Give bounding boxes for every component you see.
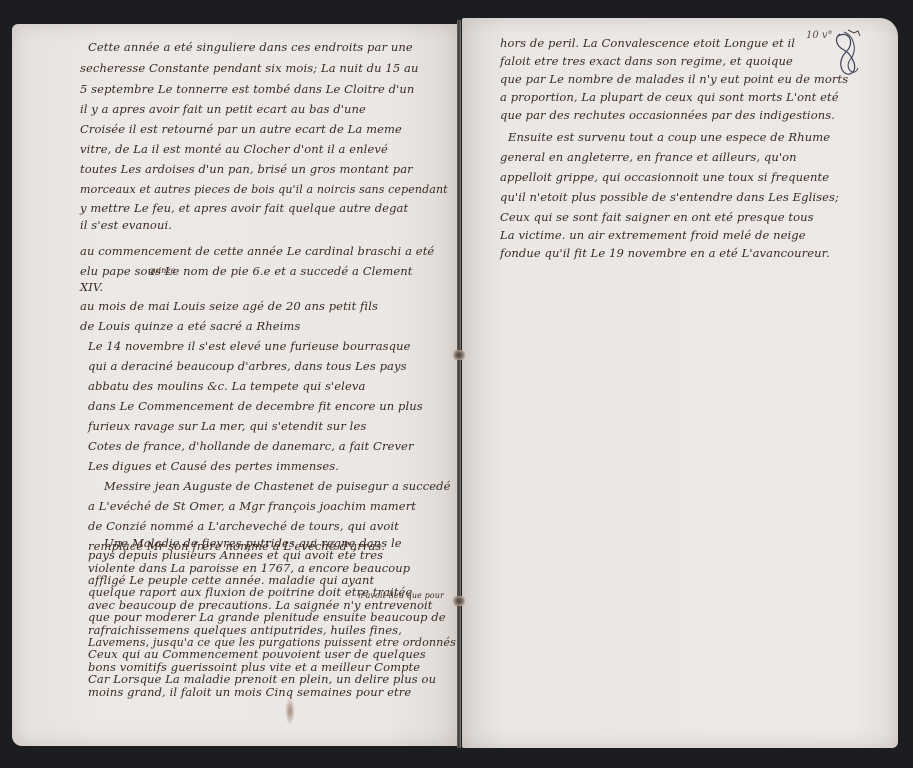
text-line: il y a apres avoir fait un petit ecart a…	[80, 102, 366, 116]
text-line: qu'il n'etoit plus possible de s'entendr…	[500, 190, 839, 204]
text-line: Ensuite est survenu tout a coup une espe…	[508, 130, 830, 144]
manuscript-spread: 10 v° Cette année a eté singuliere dans …	[0, 0, 913, 768]
right-page	[462, 18, 898, 748]
text-line: general en angleterre, en france et aill…	[500, 150, 797, 164]
text-line: faloit etre tres exact dans son regime, …	[500, 54, 793, 68]
text-line: vitre, de La il est monté au Clocher d'o…	[80, 142, 388, 156]
folio-mark: 10 v°	[806, 30, 833, 41]
text-line: elu pape sous Le nom de pie 6.e et a suc…	[80, 264, 412, 278]
interlinear-note: n'avoit lieu que pour	[358, 591, 444, 600]
text-line: que par des rechutes occasionnées par de…	[500, 108, 835, 122]
text-line: de Conzié nommé a L'archeveché de tours,…	[88, 519, 399, 533]
text-line: morceaux et autres pieces de bois qu'il …	[80, 182, 448, 196]
text-line: fondue qu'il fit Le 19 novembre en a eté…	[500, 246, 830, 260]
text-line: Cotes de france, d'hollande de danemarc,…	[88, 439, 414, 453]
text-line: a proportion, La plupart de ceux qui son…	[500, 90, 839, 104]
text-line: 5 septembre Le tonnerre est tombé dans L…	[80, 82, 414, 96]
text-line: Le 14 novembre il s'est elevé une furieu…	[88, 339, 411, 353]
text-line: Cette année a eté singuliere dans ces en…	[88, 40, 413, 54]
text-line: Ceux qui se sont fait saigner en ont eté…	[500, 210, 814, 224]
text-line: de Louis quinze a eté sacré a Rheims	[80, 319, 300, 333]
text-line: appelloit grippe, qui occasionnoit une t…	[500, 170, 829, 184]
text-line: Croisée il est retourné par un autre eca…	[80, 122, 402, 136]
text-line: il s'est evanoui.	[80, 218, 172, 232]
text-line: que par Le nombre de malades il n'y eut …	[500, 72, 848, 86]
text-line: moins grand, il faloit un mois Cinq sema…	[88, 685, 411, 699]
text-line: furieux ravage sur La mer, qui s'etendit…	[88, 419, 366, 433]
binding-thread	[452, 596, 466, 606]
text-line: au commencement de cette année Le cardin…	[80, 244, 434, 258]
text-line: au mois de mai Louis seize agé de 20 ans…	[80, 299, 378, 313]
book-gutter	[457, 20, 461, 748]
text-line: toutes Les ardoises d'un pan, brisé un g…	[80, 162, 413, 176]
text-line: secheresse Constante pendant six mois; L…	[80, 61, 418, 75]
text-line: qui a deraciné beaucoup d'arbres, dans t…	[88, 359, 407, 373]
text-line: a L'evéché de St Omer, a Mgr françois jo…	[88, 499, 416, 513]
text-line: dans Le Commencement de decembre fit enc…	[88, 399, 423, 413]
text-line: Les digues et Causé des pertes immenses.	[88, 459, 339, 473]
text-line: XIV.	[80, 280, 103, 294]
text-line: abbatu des moulins &c. La tempete qui s'…	[88, 379, 365, 393]
text-line: La victime. un air extremement froid mel…	[500, 228, 806, 242]
ink-stain	[285, 697, 295, 725]
binding-thread	[452, 350, 466, 360]
text-line: Messire jean Auguste de Chastenet de pui…	[104, 479, 451, 493]
text-line: y mettre Le feu, et apres avoir fait que…	[80, 201, 408, 215]
interlinear-note: quinze	[148, 266, 176, 275]
text-line: hors de peril. La Convalescence etoit Lo…	[500, 36, 795, 50]
